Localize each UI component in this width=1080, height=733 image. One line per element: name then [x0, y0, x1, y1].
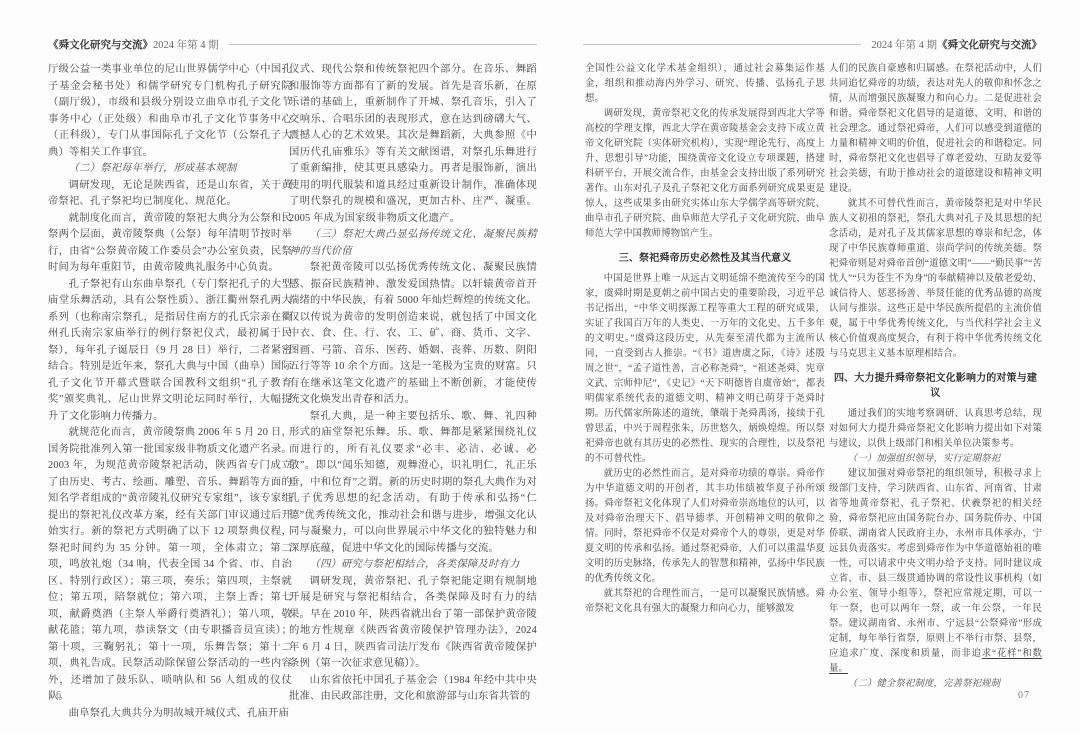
text-column-4: 人们的民族自豪感和归属感。在祭祀活动中，人们共同追忆舜帝的功绩，表达对先人的敬仰… [829, 62, 1042, 692]
text-column-3: 全国性公益文化学术基金组织），通过社会募集运作基金，组织和推动海内外学习、研究、… [585, 62, 825, 617]
text-column-2: 仪式、现代公祭和传统祭祀四个部分。在音乐、舞蹈和服饰等方面都有了新的发展。首先是… [289, 62, 537, 706]
section-heading: 三、祭祀舜帝历史必然性及其当代意义 [585, 251, 825, 266]
paragraph: 调研发现，黄帝祭祀、孔子祭祀能定期有规制地开展是研究与祭祀相结合，各类保障及时有… [289, 574, 537, 673]
paragraph: 就制度化而言，黄帝陵的祭祀大典分为公祭和民祭两个层面，黄帝陵祭典（公祭）每年清明… [48, 211, 292, 277]
paragraph: 曲阜祭孔大典共分为明故城开城仪式、孔庙开庙 [48, 706, 292, 723]
paragraph: 全国性公益文化学术基金组织），通过社会募集运作基金，组织和推动海内外学习、研究、… [585, 62, 825, 107]
paragraph: 调研发现，无论是陕西省，还是山东省，关于黄帝祭祀、孔子祭祀均已制度化、规范化。 [48, 178, 292, 211]
sub-heading: （二）健全祭祀制度，完善祭祀规制 [829, 677, 1042, 692]
underlined-text: 求“花样”和数量。 [829, 649, 1042, 674]
journal-title: 《舜文化研究与交流》 [937, 37, 1042, 52]
paragraph: 厅级公益一类事业单位的尼山世界儒学中心（中国孔子基金会秘书处）和儒学研究专门机构… [48, 62, 292, 161]
paragraph: 人们的民族自豪感和归属感。在祭祀活动中，人们共同追忆舜帝的功绩，表达对先人的敬仰… [829, 62, 1042, 197]
paragraph: 调研发现，黄帝祭祀文化的传承发展得到西北大学等高校的学理支撑，西北大学在黄帝陵基… [585, 107, 825, 242]
paragraph: 中国是世界上唯一从远古文明延绵不绝流传至今的国家，虞舜时期是夏朝之前中国古史的重… [585, 272, 825, 467]
journal-title: 《舜文化研究与交流》 [48, 37, 153, 52]
page-header-right: 2024 年第 4 期 《舜文化研究与交流》 [583, 36, 1042, 52]
sub-heading: （四）研究与祭祀相结合，各类保障及时有力 [289, 557, 537, 574]
sub-heading: （一）加强组织领导，实行定期祭祀 [829, 452, 1042, 467]
section-heading: 四、大力提升舜帝祭祀文化影响力的对策与建议 [829, 371, 1042, 401]
page-header-left: 《舜文化研究与交流》 2024 年第 4 期 [48, 36, 537, 52]
page-number-right: 07 [1018, 690, 1030, 701]
paragraph: 就规范化而言，黄帝陵祭典 2006 年 5 月 20 日，国务院批准列入第一批国… [48, 425, 292, 706]
paragraph: 孔子祭祀有山东曲阜祭孔（专门祭祀孔子的大型庙堂乐舞活动，具有公祭性质）、浙江衢州… [48, 277, 292, 426]
header-rule [583, 44, 861, 45]
paragraph: 通过我们的实地考察调研、认真思考总结，现对如何大力提升舜帝祭祀文化影响力提出如下… [829, 407, 1042, 452]
journal-page-spread: { "journal": { "title": "《舜文化研究与交流》", "i… [0, 0, 1080, 733]
paragraph: 建议加强对舜帝祭祀的组织领导，积极寻求上级部门支持，学习陕西省、山东省、河南省、… [829, 467, 1042, 677]
paragraph: 仪式、现代公祭和传统祭祀四个部分。在音乐、舞蹈和服饰等方面都有了新的发展。首先是… [289, 62, 537, 227]
sub-heading: （二）祭祀每年举行，形成基本规制 [48, 161, 292, 178]
text-column-1: 厅级公益一类事业单位的尼山世界儒学中心（中国孔子基金会秘书处）和儒学研究专门机构… [48, 62, 292, 722]
paragraph: 就其祭祀的合理性而言，一是可以凝聚民族情感。舜帝祭祀文化具有强大的凝聚力和向心力… [585, 587, 825, 617]
issue-label: 2024 年第 4 期 [871, 37, 937, 52]
page-number-left: 06 [50, 690, 62, 701]
paragraph: 就其不可替代性而言，黄帝陵祭祀是对中华民族人文初祖的祭祀，祭孔大典对孔子及其思想… [829, 197, 1042, 362]
sub-heading: （三）祭祀大典凸显弘扬传统文化、凝聚民族精神的当代价值 [289, 227, 537, 260]
paragraph: 山东省依托中国孔子基金会（1984 年经中共中央批准、由民政部注册，文化和旅游部… [289, 673, 537, 706]
paragraph: 祭祀黄帝陵可以弘扬优秀传统文化、凝聚民族情感、振奋民族精神、激发爱国热情。以轩辕… [289, 260, 537, 409]
issue-label: 2024 年第 4 期 [153, 37, 219, 52]
paragraph: 祭孔大典，是一种主要包括乐、歌、舞、礼四种形式的庙堂祭祀乐舞。乐、歌、舞都是紧紧… [289, 409, 537, 558]
header-rule [229, 44, 537, 45]
paragraph: 就历史的必然性而言，是对舜帝功绩的尊崇。舜帝作为中华道德文明的开创者，其丰功伟绩… [585, 467, 825, 587]
